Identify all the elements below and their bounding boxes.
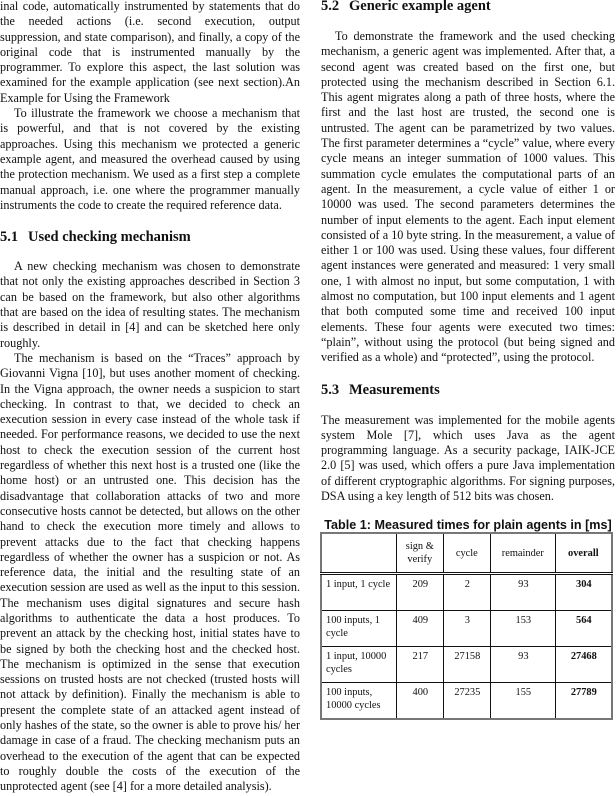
cell-sign-verify: 409 [396,611,443,647]
section-title: Measurements [349,382,440,398]
header-remainder: remainder [490,533,555,574]
cell-remainder: 93 [490,647,555,683]
cell-sign-verify: 400 [396,683,443,720]
cell-overall: 27468 [555,647,612,683]
cell-overall: 27789 [555,683,612,720]
section-title: Generic example agent [349,0,491,14]
table-row: 100 inputs, 1 cycle 409 3 153 564 [321,611,612,647]
paragraph-5-3: The measurement was implemented for the … [321,413,615,505]
section-heading-5-2: 5.2Generic example agent [321,0,615,15]
paragraph-5-1-b: The mechanism is based on the “Traces” a… [0,351,300,795]
cell-remainder: 93 [490,574,555,611]
cell-remainder: 155 [490,683,555,720]
table-row: 100 inputs, 10000 cycles 400 27235 155 2… [321,683,612,720]
cell-cycle: 3 [443,611,490,647]
paragraph-illustrate: To illustrate the framework we choose a … [0,106,300,213]
row-label: 1 input, 1 cycle [321,574,396,611]
section-heading-5-1: 5.1Used checking mechanism [0,228,300,246]
cell-cycle: 2 [443,574,490,611]
measurement-table: sign & verify cycle remainder overall 1 … [320,532,613,720]
paragraph-5-2: To demonstrate the framework and the use… [321,29,615,366]
cell-remainder: 153 [490,611,555,647]
table-header-row: sign & verify cycle remainder overall [321,533,612,574]
cell-overall: 564 [555,611,612,647]
cell-overall: 304 [555,574,612,611]
cell-sign-verify: 209 [396,574,443,611]
table-caption: Table 1: Measured times for plain agents… [321,517,615,533]
cell-cycle: 27235 [443,683,490,720]
paragraph-5-1-a: A new checking mechanism was chosen to d… [0,259,300,351]
cell-sign-verify: 217 [396,647,443,683]
header-cell-empty [321,533,396,574]
header-overall: overall [555,533,612,574]
row-label: 1 input, 10000 cycles [321,647,396,683]
cell-cycle: 27158 [443,647,490,683]
row-label: 100 inputs, 10000 cycles [321,683,396,720]
section-number: 5.3 [321,381,349,399]
section-heading-5-3: 5.3Measurements [321,381,615,399]
table-row: 1 input, 1 cycle 209 2 93 304 [321,574,612,611]
row-label: 100 inputs, 1 cycle [321,611,396,647]
section-number: 5.2 [321,0,349,15]
right-column: 5.2Generic example agent To demonstrate … [321,0,615,533]
paragraph-intro-continued: inal code, automatically instrumented by… [0,0,300,106]
section-number: 5.1 [0,228,28,246]
header-sign-verify: sign & verify [396,533,443,574]
table-row: 1 input, 10000 cycles 217 27158 93 27468 [321,647,612,683]
header-cycle: cycle [443,533,490,574]
section-title: Used checking mechanism [28,229,191,245]
left-column: inal code, automatically instrumented by… [0,0,300,795]
